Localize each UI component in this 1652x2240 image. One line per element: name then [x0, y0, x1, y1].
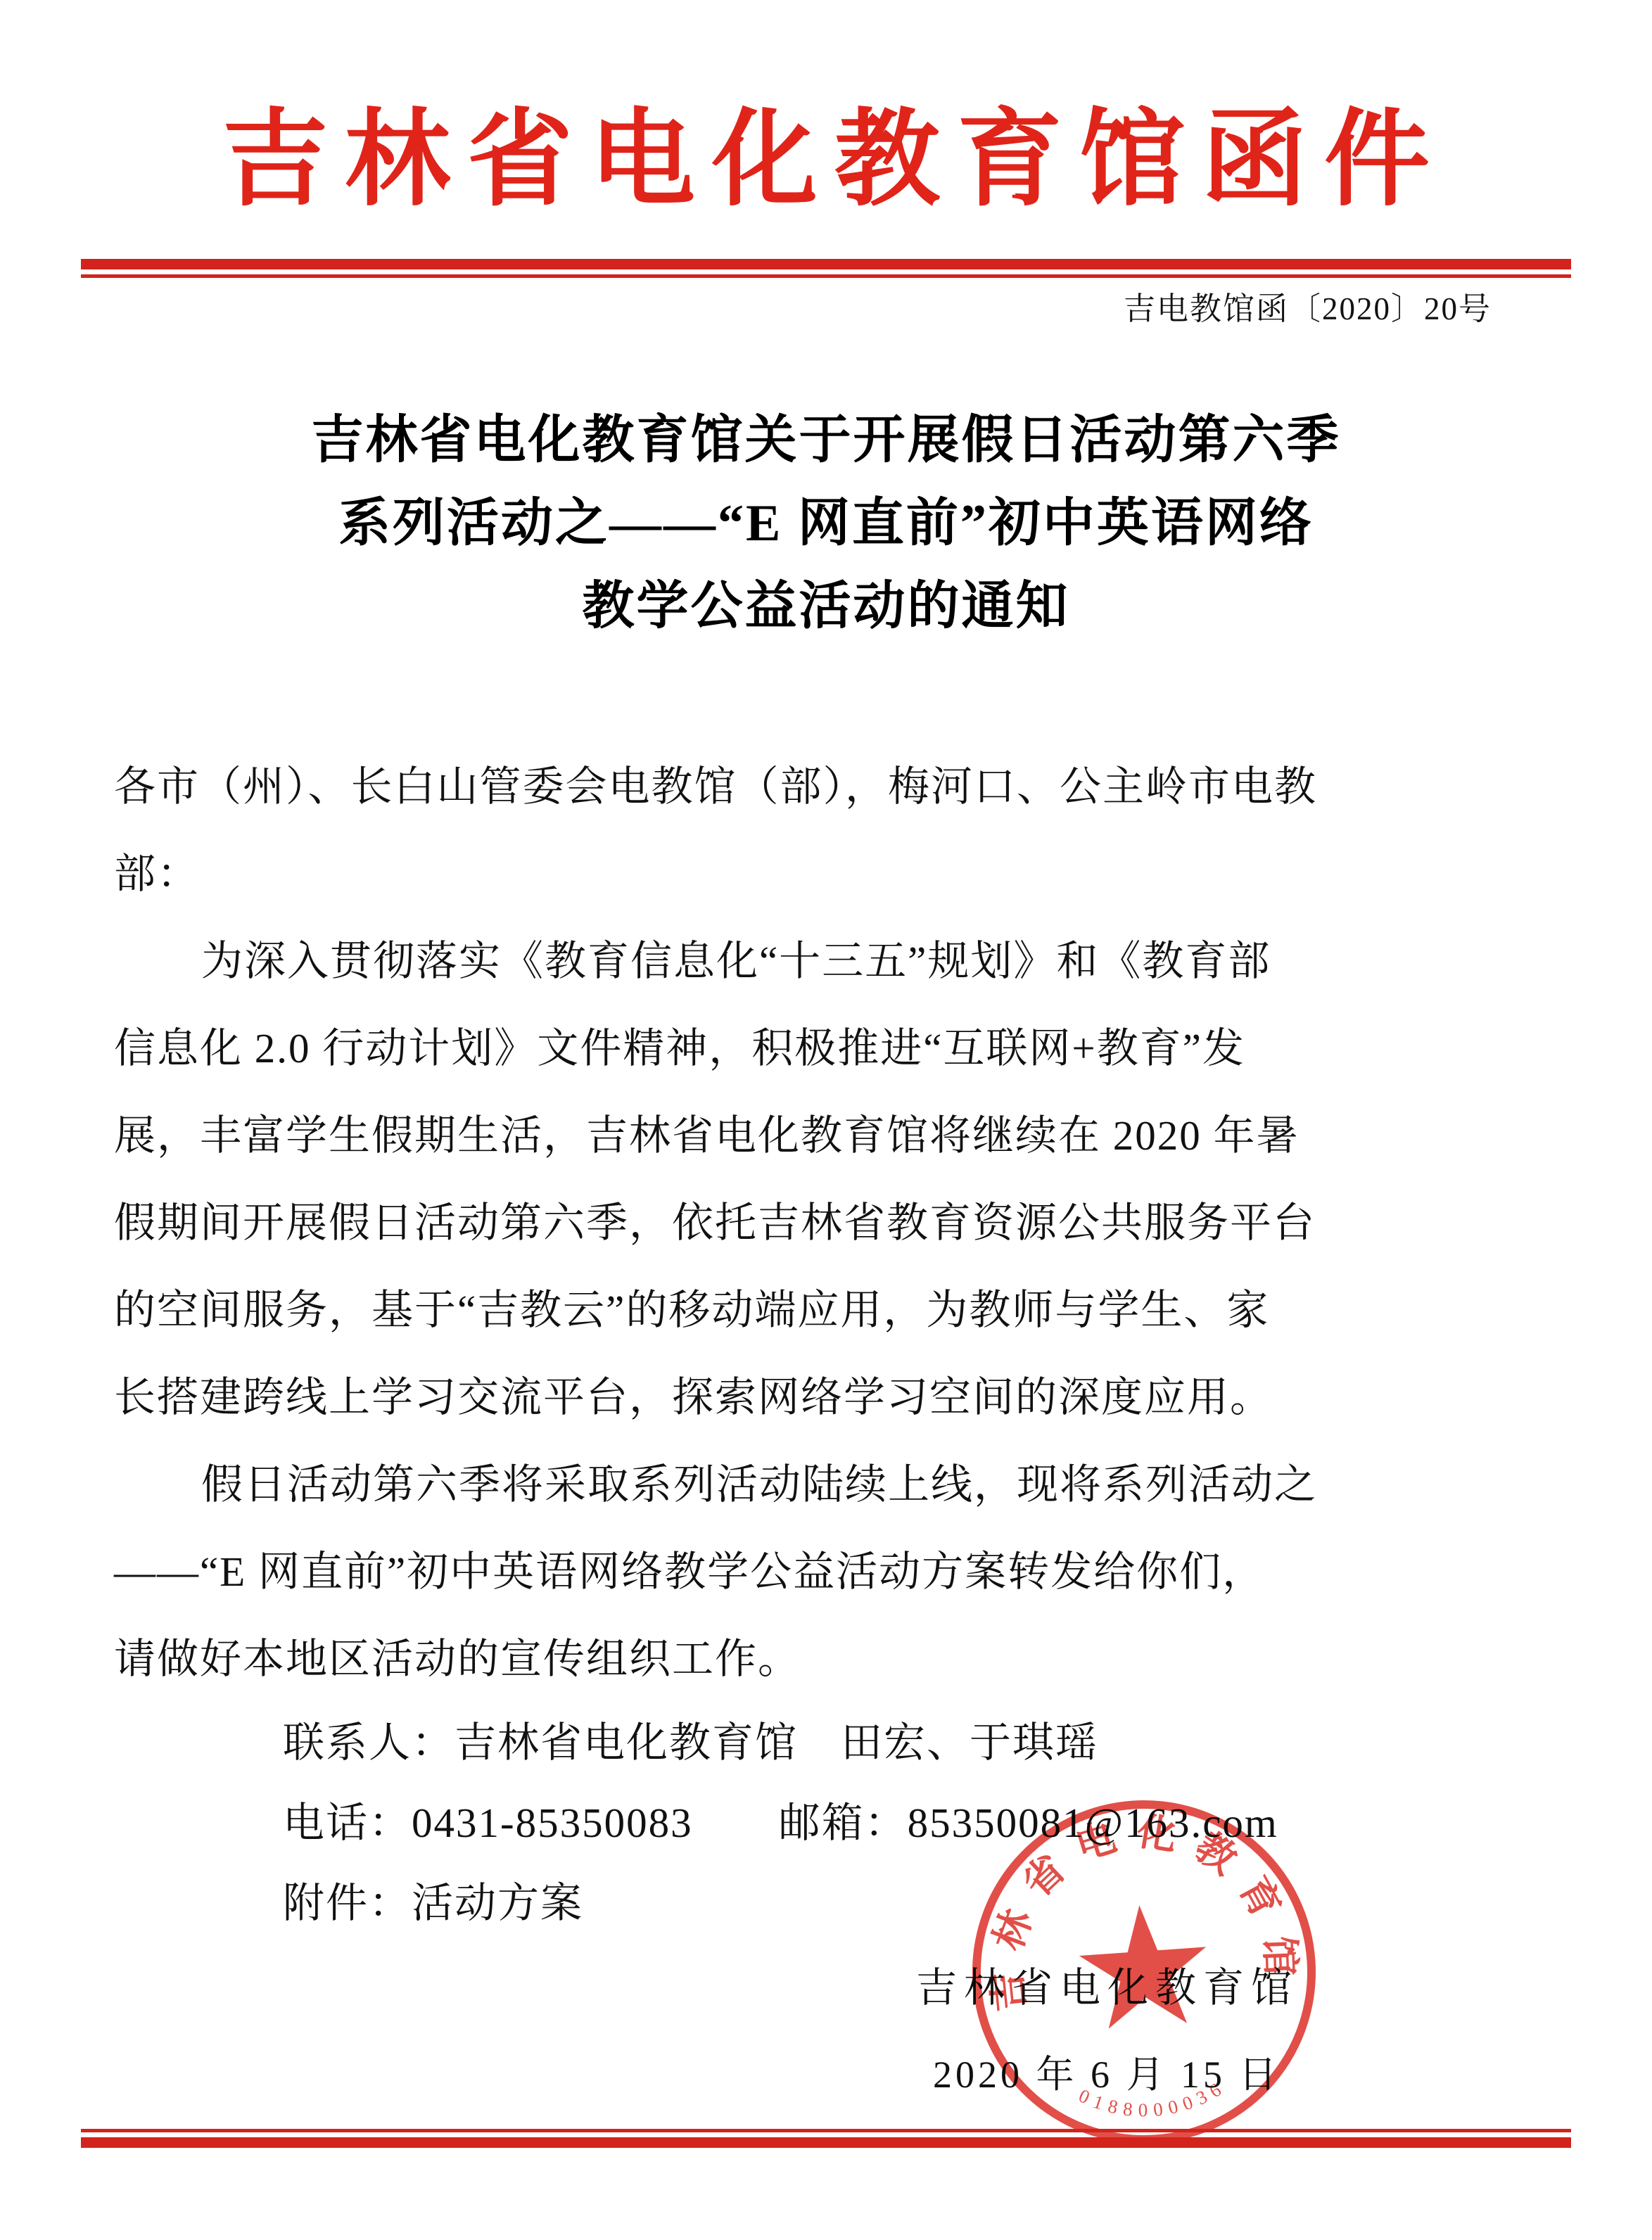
body-line: 请做好本地区活动的宣传组织工作。 [114, 1615, 1538, 1703]
footer-rule [81, 2129, 1571, 2148]
body-line: 的空间服务，基于“吉教云”的移动端应用，为教师与学生、家 [114, 1266, 1538, 1354]
body-line: 假期间开展假日活动第六季，依托吉林省教育资源公共服务平台 [114, 1179, 1538, 1266]
header-rule-thick-line [81, 259, 1571, 269]
seal-star-icon [1076, 1901, 1211, 2030]
contact-person-line: 联系人：吉林省电化教育馆 田宏、于琪瑶 [114, 1703, 1538, 1783]
body-line: ——“E 网直前”初中英语网络教学公益活动方案转发给你们， [114, 1528, 1538, 1615]
title-line-1: 吉林省电化教育馆关于开展假日活动第六季 [0, 399, 1652, 482]
notice-title: 吉林省电化教育馆关于开展假日活动第六季 系列活动之——“E 网直前”初中英语网络… [0, 399, 1652, 648]
header-rule-thin-line [81, 274, 1571, 278]
seal-serial-text: 0188000036 [1074, 2075, 1232, 2126]
official-seal: 吉林省电化教育馆 0188000036 [948, 1776, 1339, 2167]
body-line: 长搭建跨线上学习交流平台，探索网络学习空间的深度应用。 [114, 1354, 1538, 1441]
salutation-line-2: 部： [114, 830, 1538, 917]
salutation-line-1: 各市（州）、长白山管委会电教馆（部），梅河口、公主岭市电教 [114, 743, 1538, 830]
masthead-title: 吉林省电化教育馆函件 [0, 0, 1652, 217]
body-line: 信息化 2.0 行动计划》文件精神，积极推进“互联网+教育”发 [114, 1005, 1538, 1092]
header-rule [81, 259, 1571, 278]
document-page: 吉林省电化教育馆函件 吉电教馆函〔2020〕20号 吉林省电化教育馆关于开展假日… [0, 0, 1652, 2240]
svg-text:0188000036: 0188000036 [1074, 2075, 1232, 2126]
contact-phone-email-line: 电话：0431-85350083 邮箱：85350081@163.com [114, 1783, 1538, 1863]
title-line-2: 系列活动之——“E 网直前”初中英语网络 [0, 482, 1652, 565]
body-line: 展，丰富学生假期生活，吉林省电化教育馆将继续在 2020 年暑 [114, 1092, 1538, 1179]
body-line: 为深入贯彻落实《教育信息化“十三五”规划》和《教育部 [114, 917, 1538, 1005]
doc-number: 吉电教馆函〔2020〕20号 [0, 289, 1652, 329]
body-line: 假日活动第六季将采取系列活动陆续上线，现将系列活动之 [114, 1441, 1538, 1528]
letter-body: 各市（州）、长白山管委会电教馆（部），梅河口、公主岭市电教 部： 为深入贯彻落实… [0, 743, 1652, 1943]
title-line-3: 教学公益活动的通知 [0, 565, 1652, 648]
footer-rule-thick-line [81, 2137, 1571, 2148]
